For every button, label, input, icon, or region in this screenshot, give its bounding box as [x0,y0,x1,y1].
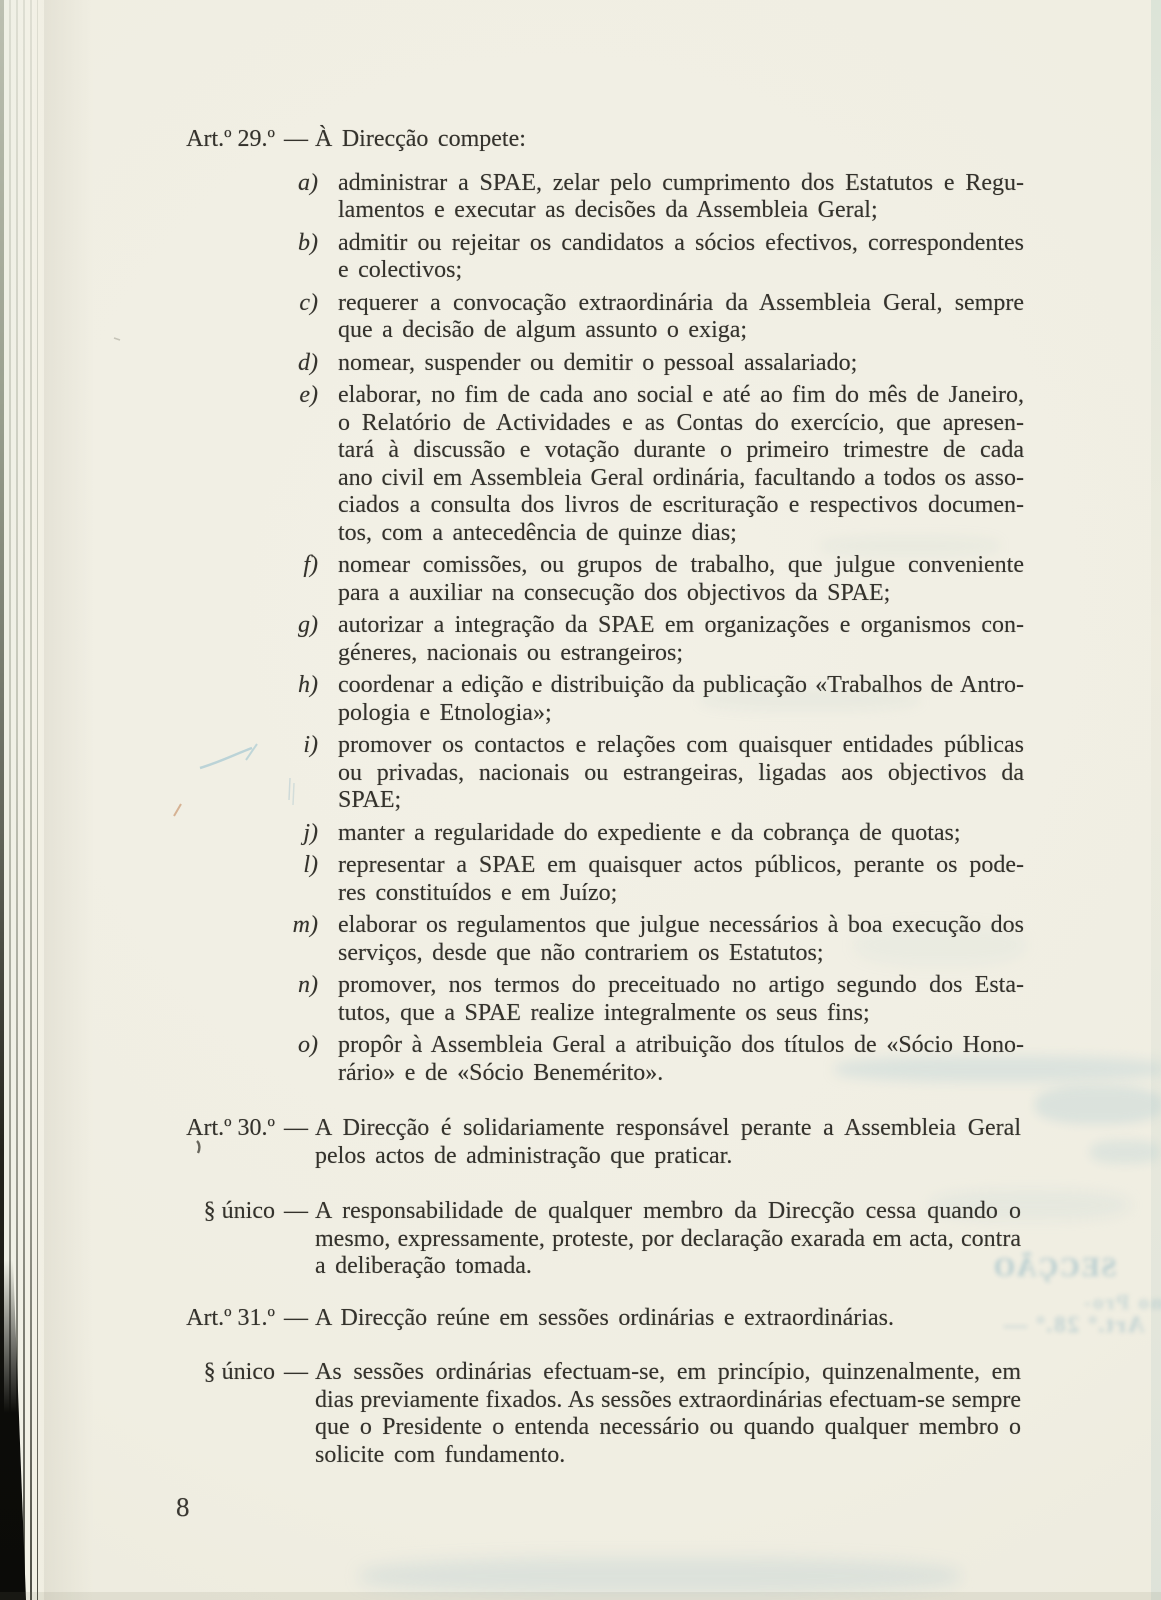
text-line: solicite com fundamento. [315,1442,1021,1470]
item-letter: i) [170,732,338,815]
text-line: que o Presidente o entenda necessário ou… [315,1414,1021,1442]
text-line: elaborar, no fim de cada ano social e at… [338,382,1024,410]
article-31-paragraph-text: As sessões ordinárias efectuam-se, em pr… [315,1359,1021,1469]
book-page-edges [0,0,46,1600]
text-line: ciados a consulta dos livros de escritur… [338,492,1024,520]
showthrough-blob [360,1558,960,1594]
item-letter: g) [170,612,338,667]
item-text: admitir ou rejeitar os candidatos a sóci… [338,230,1024,285]
article-31-sole-paragraph: § único— As sessões ordinárias efectuam-… [315,1359,1021,1469]
text-line: res constituídos e em Juízo; [338,880,1024,908]
page-text: Art.º 29.º— À Direcção compete: a) admin… [170,126,1024,1469]
item-text: elaborar os regulamentos que julgue nece… [338,912,1024,967]
item-letter: d) [170,350,338,378]
text-line: ou privadas, nacionais ou estrangeiras, … [338,760,1024,788]
item-letter: a) [170,170,338,225]
article-number: Art.º 29.º [186,126,275,152]
text-line: tutos, que a SPAE realize integralmente … [338,1000,1024,1028]
text-line: A Direcção é solidariamente responsável … [315,1115,1021,1143]
text-line: nomear comissões, ou grupos de trabalho,… [338,552,1024,580]
article-29-item-b: b) admitir ou rejeitar os candidatos a s… [170,230,1024,285]
text-line: requerer a convocação extraordinária da … [338,290,1024,318]
text-line: autorizar a integração da SPAE em organi… [338,612,1024,640]
scanned-book-page: no Pro- SECÇÃO Art.º 28.º — Art.º 29.º— … [0,0,1161,1600]
text-line: mesmo, expressamente, proteste, por decl… [315,1226,1021,1254]
item-letter: h) [170,672,338,727]
article-29-item-e: e) elaborar, no fim de cada ano social e… [170,382,1024,547]
item-letter: o) [170,1032,338,1087]
article-29-item-n: n) promover, nos termos do preceituado n… [170,972,1024,1027]
text-line: rário» e de «Sócio Benemérito». [338,1060,1024,1088]
article-29-intro: À Direcção compete: [315,126,1021,154]
bottom-edge-shade [0,1592,1161,1600]
paragraph-label: § único— [204,1359,315,1387]
item-text: nomear comissões, ou grupos de trabalho,… [338,552,1024,607]
item-letter: m) [170,912,338,967]
text-line: As sessões ordinárias efectuam-se, em pr… [315,1359,1021,1387]
item-text: elaborar, no fim de cada ano social e at… [338,382,1024,547]
em-dash: — [284,1359,308,1385]
text-line: promover, nos termos do preceituado no a… [338,972,1024,1000]
text-line: a deliberação tomada. [315,1253,1021,1281]
showthrough-blob [1035,1086,1161,1124]
item-letter: b) [170,230,338,285]
text-line: ano civil em Assembleia Geral ordinária,… [338,465,1024,493]
section-symbol: § único [204,1198,275,1224]
text-line: promover os contactos e relações com qua… [338,732,1024,760]
text-line: A responsabilidade de qualquer membro da… [315,1198,1021,1226]
text-line: elaborar os regulamentos que julgue nece… [338,912,1024,940]
text-line: À Direcção compete: [315,126,1021,154]
text-line: lamentos e executar as decisões da Assem… [338,197,1024,225]
article-29-item-j: j) manter a regularidade do expediente e… [170,820,1024,848]
item-text: propôr à Assembleia Geral a atribuição d… [338,1032,1024,1087]
article-number: Art.º 30.º [186,1115,275,1141]
item-text: requerer a convocação extraordinária da … [338,290,1024,345]
text-line: propôr à Assembleia Geral a atribuição d… [338,1032,1024,1060]
page-edge-line [30,0,32,1600]
article-29-item-l: l) representar a SPAE em quaisquer actos… [170,852,1024,907]
article-29-label: Art.º 29.º— [186,126,315,154]
paragraph-label: § único— [204,1198,315,1226]
item-letter: l) [170,852,338,907]
text-line: manter a regularidade do expediente e da… [338,820,1024,848]
article-29-item-g: g) autorizar a integração da SPAE em org… [170,612,1024,667]
text-line: serviços, desde que não contrariem os Es… [338,940,1024,968]
article-29-item-h: h) coordenar a edição e distribuição da … [170,672,1024,727]
item-text: autorizar a integração da SPAE em organi… [338,612,1024,667]
page-curve-shadow [44,0,94,1600]
article-29-heading: Art.º 29.º— À Direcção compete: [315,126,1021,154]
text-line: para a auxiliar na consecução dos object… [338,580,1024,608]
article-30-text: A Direcção é solidariamente responsável … [315,1115,1021,1170]
article-31-label: Art.º 31.º— [186,1305,315,1333]
em-dash: — [284,1305,308,1331]
article-29-item-d: d) nomear, suspender ou demitir o pessoa… [170,350,1024,378]
text-line: tará à discussão e votação durante o pri… [338,437,1024,465]
article-29-item-c: c) requerer a convocação extraordinária … [170,290,1024,345]
item-text: promover, nos termos do preceituado no a… [338,972,1024,1027]
item-text: representar a SPAE em quaisquer actos pú… [338,852,1024,907]
page-edge-line [37,0,38,1600]
text-line: A Direcção reúne em sessões ordinárias e… [315,1305,1021,1333]
article-31: Art.º 31.º— A Direcção reúne em sessões … [315,1305,1021,1333]
text-line: admitir ou rejeitar os candidatos a sóci… [338,230,1024,258]
article-29-item-i: i) promover os contactos e relações com … [170,732,1024,815]
item-letter: e) [170,382,338,547]
article-30: Art.º 30.º— A Direcção é solidariamente … [315,1115,1021,1170]
text-line: pologia e Etnologia»; [338,700,1024,728]
item-text: coordenar a edição e distribuição da pub… [338,672,1024,727]
item-letter: n) [170,972,338,1027]
article-30-label: Art.º 30.º— [186,1115,315,1143]
text-line: dias previamente fixados. As sessões ext… [315,1387,1021,1415]
item-text: nomear, suspender ou demitir o pessoal a… [338,350,1024,378]
em-dash: — [284,1198,308,1224]
text-line: tos, com a antecedência de quinze dias; [338,520,1024,548]
article-29-item-a: a) administrar a SPAE, zelar pelo cumpri… [170,170,1024,225]
text-line: representar a SPAE em quaisquer actos pú… [338,852,1024,880]
article-29-item-list: a) administrar a SPAE, zelar pelo cumpri… [170,170,1024,1088]
item-letter: f) [170,552,338,607]
text-line: que a decisão de algum assunto o exiga; [338,317,1024,345]
text-line: nomear, suspender ou demitir o pessoal a… [338,350,1024,378]
item-text: manter a regularidade do expediente e da… [338,820,1024,848]
item-text: promover os contactos e relações com qua… [338,732,1024,815]
article-30-paragraph-text: A responsabilidade de qualquer membro da… [315,1198,1021,1281]
text-line: e colectivos; [338,257,1024,285]
article-29-item-o: o) propôr à Assembleia Geral a atribuiçã… [170,1032,1024,1087]
article-29-item-m: m) elaborar os regulamentos que julgue n… [170,912,1024,967]
em-dash: — [284,126,308,152]
article-number: Art.º 31.º [186,1305,275,1331]
text-line: o Relatório de Actividades e as Contas d… [338,410,1024,438]
text-line: SPAE; [338,787,1024,815]
article-30-sole-paragraph: § único— A responsabilidade de qualquer … [315,1198,1021,1281]
showthrough-blob [1090,1140,1160,1164]
item-text: administrar a SPAE, zelar pelo cumprimen… [338,170,1024,225]
item-letter: j) [170,820,338,848]
article-29-item-f: f) nomear comissões, ou grupos de trabal… [170,552,1024,607]
text-line: administrar a SPAE, zelar pelo cumprimen… [338,170,1024,198]
text-line: géneres, nacionais ou estrangeiros; [338,640,1024,668]
page-number: 8 [176,1492,190,1523]
text-line: coordenar a edição e distribuição da pub… [338,672,1024,700]
item-letter: c) [170,290,338,345]
text-line: pelos actos de administração que pratica… [315,1143,1021,1171]
article-31-text: A Direcção reúne em sessões ordinárias e… [315,1305,1021,1333]
right-edge-tint [1151,0,1161,1600]
em-dash: — [284,1115,308,1141]
page-edge-line [23,0,25,1600]
section-symbol: § único [204,1359,275,1385]
